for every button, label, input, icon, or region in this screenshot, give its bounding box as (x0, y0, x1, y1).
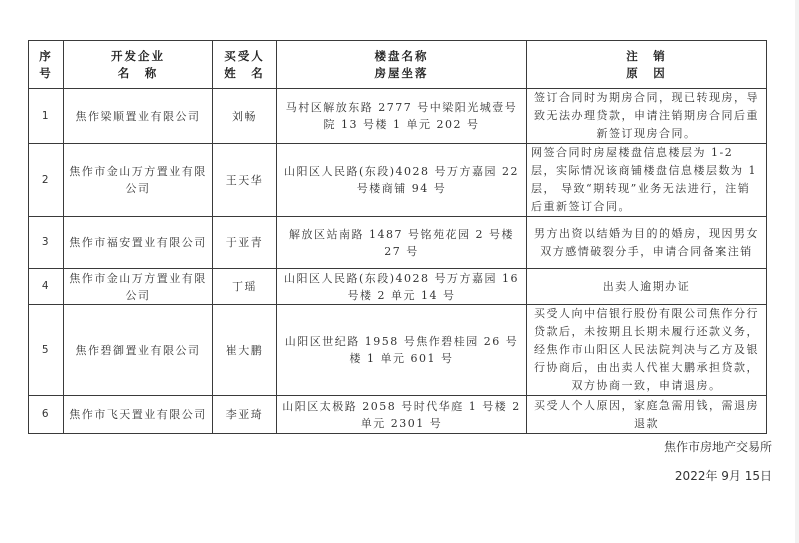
header-property: 楼盘名称 房屋坐落 (277, 41, 527, 89)
developer-name: 焦作碧御置业有限公司 (64, 305, 213, 396)
cancellation-reason: 买受人向中信银行股份有限公司焦作分行贷款后，未按期且长期未履行还款义务，经焦作市… (527, 305, 767, 396)
table-row: 1 焦作梁顺置业有限公司 刘畅 马村区解放东路 2777 号中梁阳光城壹号院 1… (29, 89, 767, 144)
property-address: 马村区解放东路 2777 号中梁阳光城壹号院 13 号楼 1 单元 202 号 (277, 89, 527, 144)
developer-name: 焦作市金山万方置业有限公司 (64, 144, 213, 217)
row-number: 1 (29, 89, 64, 144)
row-number: 5 (29, 305, 64, 396)
issue-date: 2022年 9月 15日 (675, 467, 772, 484)
row-number: 2 (29, 144, 64, 217)
table-row: 6 焦作市飞天置业有限公司 李亚琦 山阳区太极路 2058 号时代华庭 1 号楼… (29, 396, 767, 434)
row-number: 3 (29, 217, 64, 269)
table-row: 4 焦作市金山万方置业有限公司 丁瑶 山阳区人民路(东段)4028 号万方嘉园 … (29, 269, 767, 305)
developer-name: 焦作梁顺置业有限公司 (64, 89, 213, 144)
buyer-name: 王天华 (213, 144, 277, 217)
cancellation-record-table: 序 号 开发企业 名 称 买受人 姓 名 楼盘名称 房屋坐落 注 销 原 因 1 (28, 40, 767, 434)
cancellation-reason: 签订合同时为期房合同，现已转现房，导致无法办理贷款，申请注销期房合同后重新签订现… (527, 89, 767, 144)
table-row: 3 焦作市福安置业有限公司 于亚青 解放区站南路 1487 号铭苑花园 2 号楼… (29, 217, 767, 269)
property-address: 解放区站南路 1487 号铭苑花园 2 号楼 27 号 (277, 217, 527, 269)
table-row: 5 焦作碧御置业有限公司 崔大鹏 山阳区世纪路 1958 号焦作碧桂园 26 号… (29, 305, 767, 396)
row-number: 6 (29, 396, 64, 434)
issuing-organization: 焦作市房地产交易所 (664, 438, 772, 455)
developer-name: 焦作市金山万方置业有限公司 (64, 269, 213, 305)
buyer-name: 丁瑶 (213, 269, 277, 305)
table-header-row: 序 号 开发企业 名 称 买受人 姓 名 楼盘名称 房屋坐落 注 销 原 因 (29, 41, 767, 89)
cancellation-reason: 男方出资以结婚为目的的婚房，现因男女双方感情破裂分手，申请合同备案注销 (527, 217, 767, 269)
property-address: 山阳区世纪路 1958 号焦作碧桂园 26 号楼 1 单元 601 号 (277, 305, 527, 396)
buyer-name: 于亚青 (213, 217, 277, 269)
developer-name: 焦作市福安置业有限公司 (64, 217, 213, 269)
header-buyer: 买受人 姓 名 (213, 41, 277, 89)
developer-name: 焦作市飞天置业有限公司 (64, 396, 213, 434)
property-address: 山阳区人民路(东段)4028 号万方嘉园 16 号楼 2 单元 14 号 (277, 269, 527, 305)
buyer-name: 李亚琦 (213, 396, 277, 434)
header-developer: 开发企业 名 称 (64, 41, 213, 89)
cancellation-reason: 买受人个人原因，家庭急需用钱，需退房退款 (527, 396, 767, 434)
row-number: 4 (29, 269, 64, 305)
header-no: 序 号 (29, 41, 64, 89)
buyer-name: 刘畅 (213, 89, 277, 144)
property-address: 山阳区人民路(东段)4028 号万方嘉园 22 号楼商铺 94 号 (277, 144, 527, 217)
cancellation-reason: 出卖人逾期办证 (527, 269, 767, 305)
cancellation-reason: 网签合同时房屋楼盘信息楼层为 1-2 层，实际情况该商铺楼盘信息楼层数为 1 层… (527, 144, 767, 217)
buyer-name: 崔大鹏 (213, 305, 277, 396)
page-edge (795, 0, 799, 543)
property-address: 山阳区太极路 2058 号时代华庭 1 号楼 2 单元 2301 号 (277, 396, 527, 434)
table-row: 2 焦作市金山万方置业有限公司 王天华 山阳区人民路(东段)4028 号万方嘉园… (29, 144, 767, 217)
header-reason: 注 销 原 因 (527, 41, 767, 89)
